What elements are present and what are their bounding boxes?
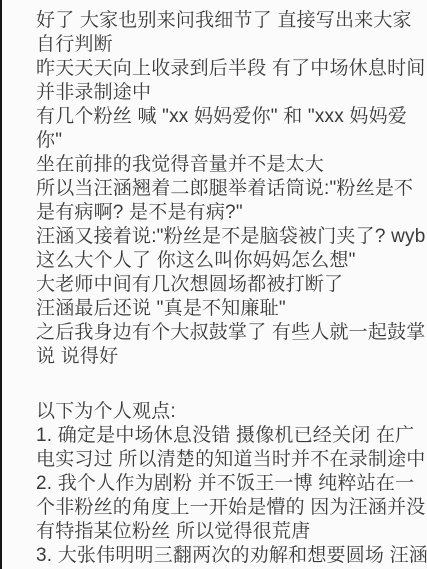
text-line: 昨天天天向上收录到后半段 有了中场休息时间 <box>36 57 398 81</box>
text-line: 所以当汪涵翘着二郎腿举着话筒说:"粉丝是不 <box>36 177 398 201</box>
text-line: 1. 确定是中场休息没错 摄像机已经关闭 在广 <box>36 424 398 448</box>
text-line: 好了 大家也别来问我细节了 直接写出来大家 <box>36 9 398 33</box>
text-line: 汪涵最后还说 "真是不知廉耻" <box>36 297 398 321</box>
text-line: 坐在前排的我觉得音量并不是太大 <box>36 153 398 177</box>
text-line: 有几个粉丝 喊 "xx 妈妈爱你" 和 "xxx 妈妈爱 <box>36 105 398 129</box>
text-line: 有特指某位粉丝 所以觉得很荒唐 <box>36 520 398 544</box>
text-line: 说 说得好 <box>36 345 398 369</box>
screenshot-root: 好了 大家也别来问我细节了 直接写出来大家自行判断昨天天天向上收录到后半段 有了… <box>0 0 427 569</box>
post-text-body: 好了 大家也别来问我细节了 直接写出来大家自行判断昨天天天向上收录到后半段 有了… <box>36 9 398 568</box>
text-line: 自行判断 <box>36 33 398 57</box>
paragraph-gap <box>36 369 398 400</box>
text-line: 这么大个人了 你这么叫你妈妈怎么想" <box>36 249 398 273</box>
text-line: 并非录制途中 <box>36 81 398 105</box>
text-line: 汪涵又接着说:"粉丝是不是脑袋被门夹了? wyb <box>36 225 398 249</box>
text-line: 是有病啊? 是不是有病?" <box>36 201 398 225</box>
text-line: 3. 大张伟明明三翻两次的劝解和想要圆场 汪涵 <box>36 544 398 568</box>
text-line: 个非粉丝的角度上一开始是懵的 因为汪涵并没 <box>36 496 398 520</box>
text-line: 之后我身边有个大叔鼓掌了 有些人就一起鼓掌 <box>36 321 398 345</box>
text-line: 以下为个人观点: <box>36 400 398 424</box>
left-edge-line <box>0 0 2 569</box>
text-line: 电实习过 所以清楚的知道当时并不在录制途中 <box>36 448 398 472</box>
text-line: 大老师中间有几次想圆场都被打断了 <box>36 273 398 297</box>
text-line: 你" <box>36 129 398 153</box>
text-line: 2. 我个人作为剧粉 并不饭王一博 纯粹站在一 <box>36 472 398 496</box>
